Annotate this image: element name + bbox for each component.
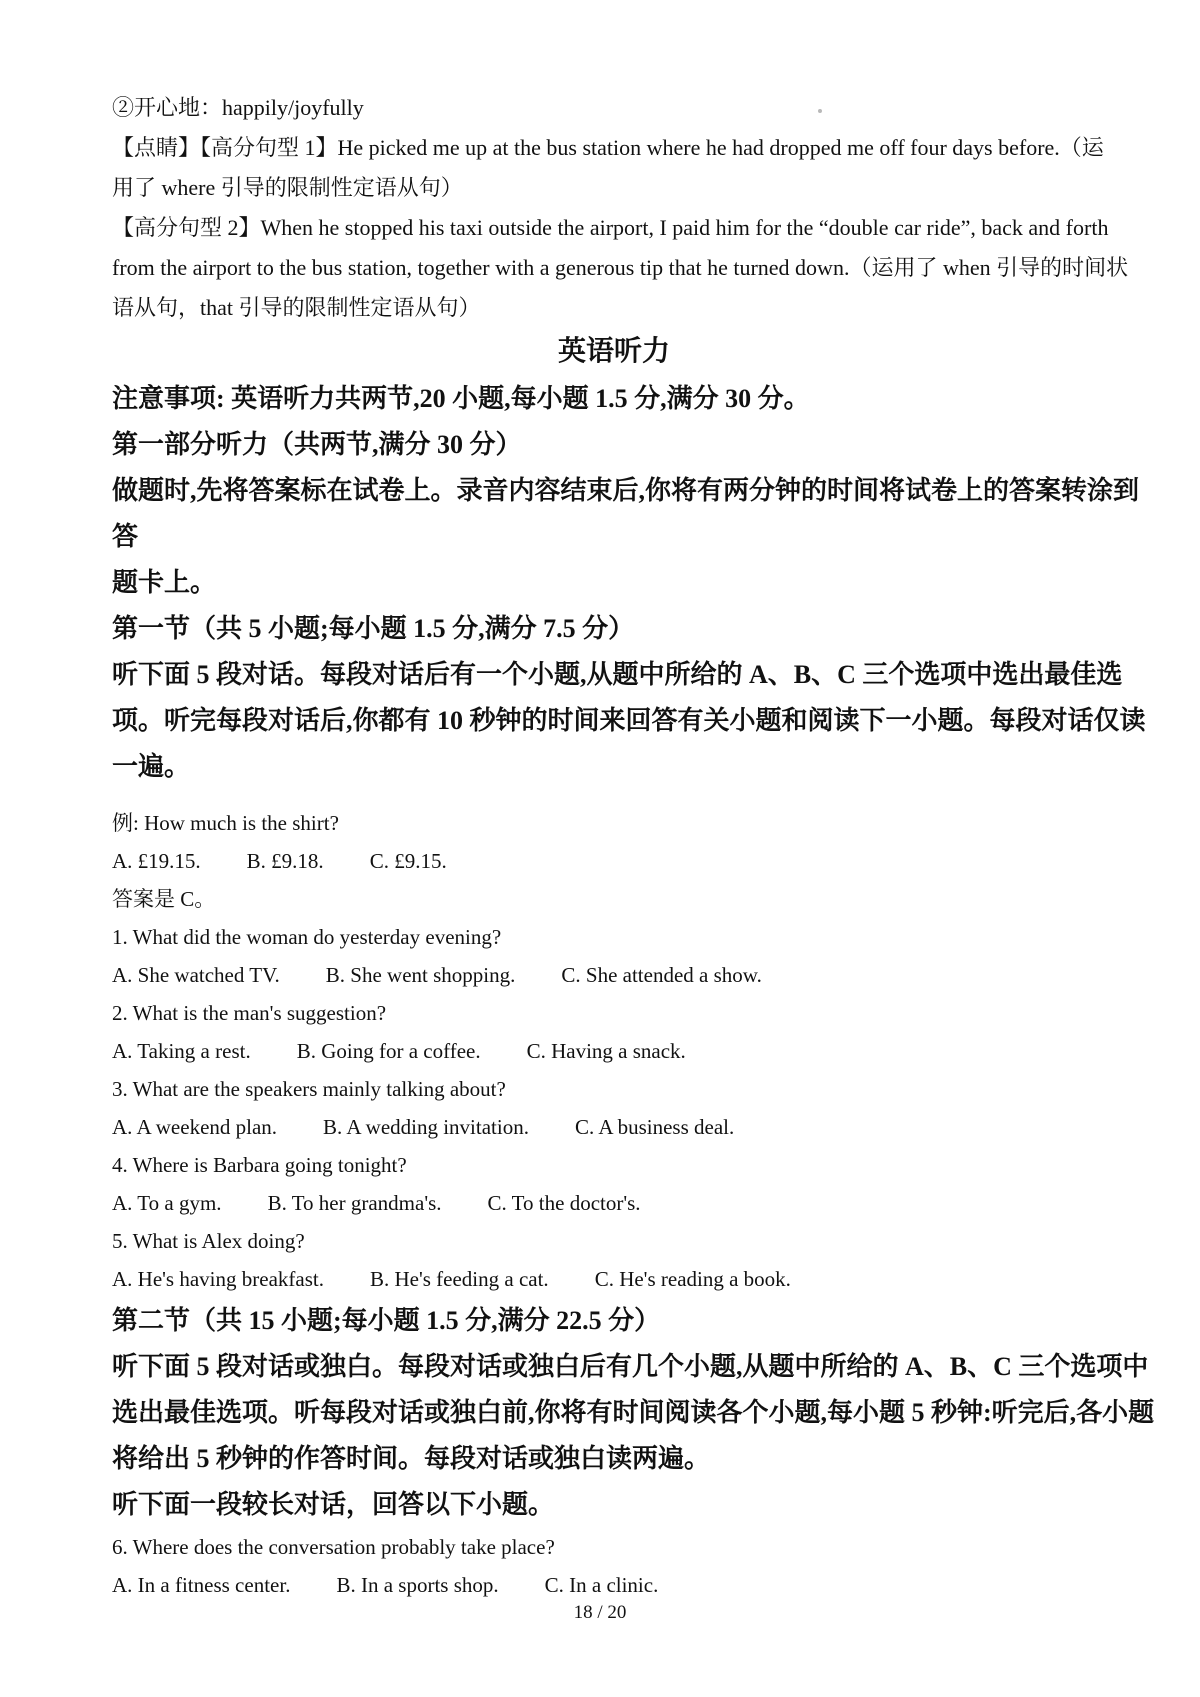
answer-options-row: A. Taking a rest. B. Going for a coffee.…	[112, 1032, 1116, 1070]
section1-instruction-line: 项。听完每段对话后,你都有 10 秒钟的时间来回答有关小题和阅读下一小题。每段对…	[112, 698, 1116, 744]
option-a: A. To a gym.	[112, 1184, 222, 1222]
exam-document-page: ②开心地：happily/joyfully 【点睛】【高分句型 1】He pic…	[0, 0, 1200, 1697]
section2-instruction-line: 听下面 5 段对话或独白。每段对话或独白后有几个小题,从题中所给的 A、B、C …	[112, 1344, 1116, 1390]
analysis-note-line: 【高分句型 2】When he stopped his taxi outside…	[112, 208, 1116, 248]
part1-heading: 第一部分听力（共两节,满分 30 分）	[112, 422, 1116, 468]
option-a: A. Taking a rest.	[112, 1032, 251, 1070]
listening-section-title: 英语听力	[112, 328, 1116, 376]
option-c: C. She attended a show.	[561, 956, 761, 994]
page-content: ②开心地：happily/joyfully 【点睛】【高分句型 1】He pic…	[112, 88, 1116, 1604]
answer-options-row: A. A weekend plan. B. A wedding invitati…	[112, 1108, 1116, 1146]
section2-instruction-line: 选出最佳选项。听每段对话或独白前,你将有时间阅读各个小题,每小题 5 秒钟:听完…	[112, 1390, 1116, 1436]
option-a: A. She watched TV.	[112, 956, 280, 994]
question-text: 6. Where does the conversation probably …	[112, 1528, 1116, 1566]
section2-heading: 第二节（共 15 小题;每小题 1.5 分,满分 22.5 分）	[112, 1298, 1116, 1344]
example-option-b: B. £9.18.	[247, 842, 324, 880]
general-instruction-line: 题卡上。	[112, 560, 1116, 606]
section2-instruction-line: 将给出 5 秒钟的作答时间。每段对话或独白读两遍。	[112, 1436, 1116, 1482]
option-c: C. He's reading a book.	[595, 1260, 791, 1298]
section1-instruction-line: 一遍。	[112, 744, 1116, 790]
notice-line: 注意事项: 英语听力共两节,20 小题,每小题 1.5 分,满分 30 分。	[112, 376, 1116, 422]
option-b: B. She went shopping.	[326, 956, 516, 994]
section1-heading: 第一节（共 5 小题;每小题 1.5 分,满分 7.5 分）	[112, 606, 1116, 652]
example-question: 例: How much is the shirt?	[112, 804, 1116, 842]
question-text: 4. Where is Barbara going tonight?	[112, 1146, 1116, 1184]
option-a: A. A weekend plan.	[112, 1108, 277, 1146]
general-instruction-line: 做题时,先将答案标在试卷上。录音内容结束后,你将有两分钟的时间将试卷上的答案转涂…	[112, 468, 1116, 514]
option-c: C. A business deal.	[575, 1108, 734, 1146]
example-options-row: A. £19.15. B. £9.18. C. £9.15.	[112, 842, 1116, 880]
option-b: B. A wedding invitation.	[323, 1108, 529, 1146]
option-c: C. To the doctor's.	[488, 1184, 641, 1222]
question-text: 2. What is the man's suggestion?	[112, 994, 1116, 1032]
analysis-note-line: 【点睛】【高分句型 1】He picked me up at the bus s…	[112, 128, 1116, 168]
question-text: 1. What did the woman do yesterday eveni…	[112, 918, 1116, 956]
page-number: 18 / 20	[0, 1598, 1200, 1628]
analysis-note-line: ②开心地：happily/joyfully	[112, 88, 1116, 128]
dialog-prompt: 听下面一段较长对话，回答以下小题。	[112, 1482, 1116, 1528]
example-option-c: C. £9.15.	[370, 842, 447, 880]
answer-options-row: A. She watched TV. B. She went shopping.…	[112, 956, 1116, 994]
question-text: 3. What are the speakers mainly talking …	[112, 1070, 1116, 1108]
general-instruction-line: 答	[112, 514, 1116, 560]
option-b: B. To her grandma's.	[268, 1184, 442, 1222]
analysis-note-line: 语从句，that 引导的限制性定语从句）	[112, 288, 1116, 328]
analysis-note-line: from the airport to the bus station, tog…	[112, 248, 1116, 288]
option-c: C. Having a snack.	[527, 1032, 686, 1070]
example-option-a: A. £19.15.	[112, 842, 201, 880]
answer-options-row: A. To a gym. B. To her grandma's. C. To …	[112, 1184, 1116, 1222]
section1-instruction-line: 听下面 5 段对话。每段对话后有一个小题,从题中所给的 A、B、C 三个选项中选…	[112, 652, 1116, 698]
option-a: A. He's having breakfast.	[112, 1260, 324, 1298]
example-answer: 答案是 C。	[112, 880, 1116, 918]
analysis-note-line: 用了 where 引导的限制性定语从句）	[112, 168, 1116, 208]
option-b: B. Going for a coffee.	[297, 1032, 481, 1070]
question-text: 5. What is Alex doing?	[112, 1222, 1116, 1260]
option-b: B. He's feeding a cat.	[370, 1260, 549, 1298]
answer-options-row: A. He's having breakfast. B. He's feedin…	[112, 1260, 1116, 1298]
